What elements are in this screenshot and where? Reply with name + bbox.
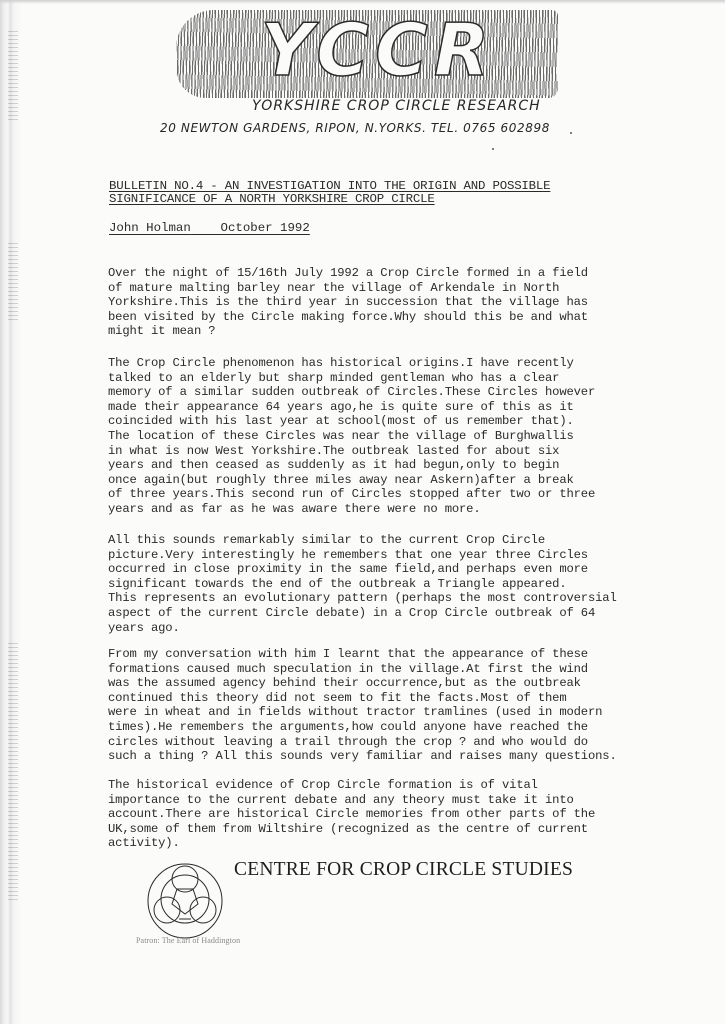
scan-speckle	[8, 640, 18, 780]
paragraph: From my conversation with him I learnt t…	[108, 647, 638, 764]
byline: John Holman October 1992	[109, 221, 310, 235]
patron-line: Patron: The Earl of Haddington	[136, 936, 240, 945]
org-address: 20 NEWTON GARDENS, RIPON, N.YORKS. TEL. …	[160, 121, 550, 135]
bulletin-title: BULLETIN NO.4 - AN INVESTIGATION INTO TH…	[109, 180, 569, 206]
paragraph: The Crop Circle phenomenon has historica…	[108, 356, 638, 517]
paragraph: All this sounds remarkably similar to th…	[108, 533, 638, 635]
scan-dot	[492, 148, 494, 150]
paragraph: Over the night of 15/16th July 1992 a Cr…	[108, 266, 638, 339]
paragraph: The historical evidence of Crop Circle f…	[108, 778, 638, 851]
bulletin-title-line-1: BULLETIN NO.4 - AN INVESTIGATION INTO TH…	[109, 179, 550, 193]
ccs-title: CENTRE FOR CROP CIRCLE STUDIES	[234, 859, 573, 881]
scan-speckle	[8, 30, 18, 120]
scan-dot	[570, 132, 572, 134]
author: John Holman	[109, 221, 191, 235]
yccr-logo: YCCR	[176, 10, 558, 100]
date: October 1992	[221, 221, 310, 235]
org-name: YORKSHIRE CROP CIRCLE RESEARCH	[252, 98, 541, 114]
three-circles-emblem-icon	[146, 862, 224, 940]
scan-speckle	[8, 240, 18, 320]
scan-speckle	[8, 780, 18, 900]
logo-text: YCCR	[218, 12, 538, 88]
bulletin-title-line-2: SIGNIFICANCE OF A NORTH YORKSHIRE CROP C…	[109, 192, 435, 206]
scan-top-shadow	[0, 0, 725, 4]
